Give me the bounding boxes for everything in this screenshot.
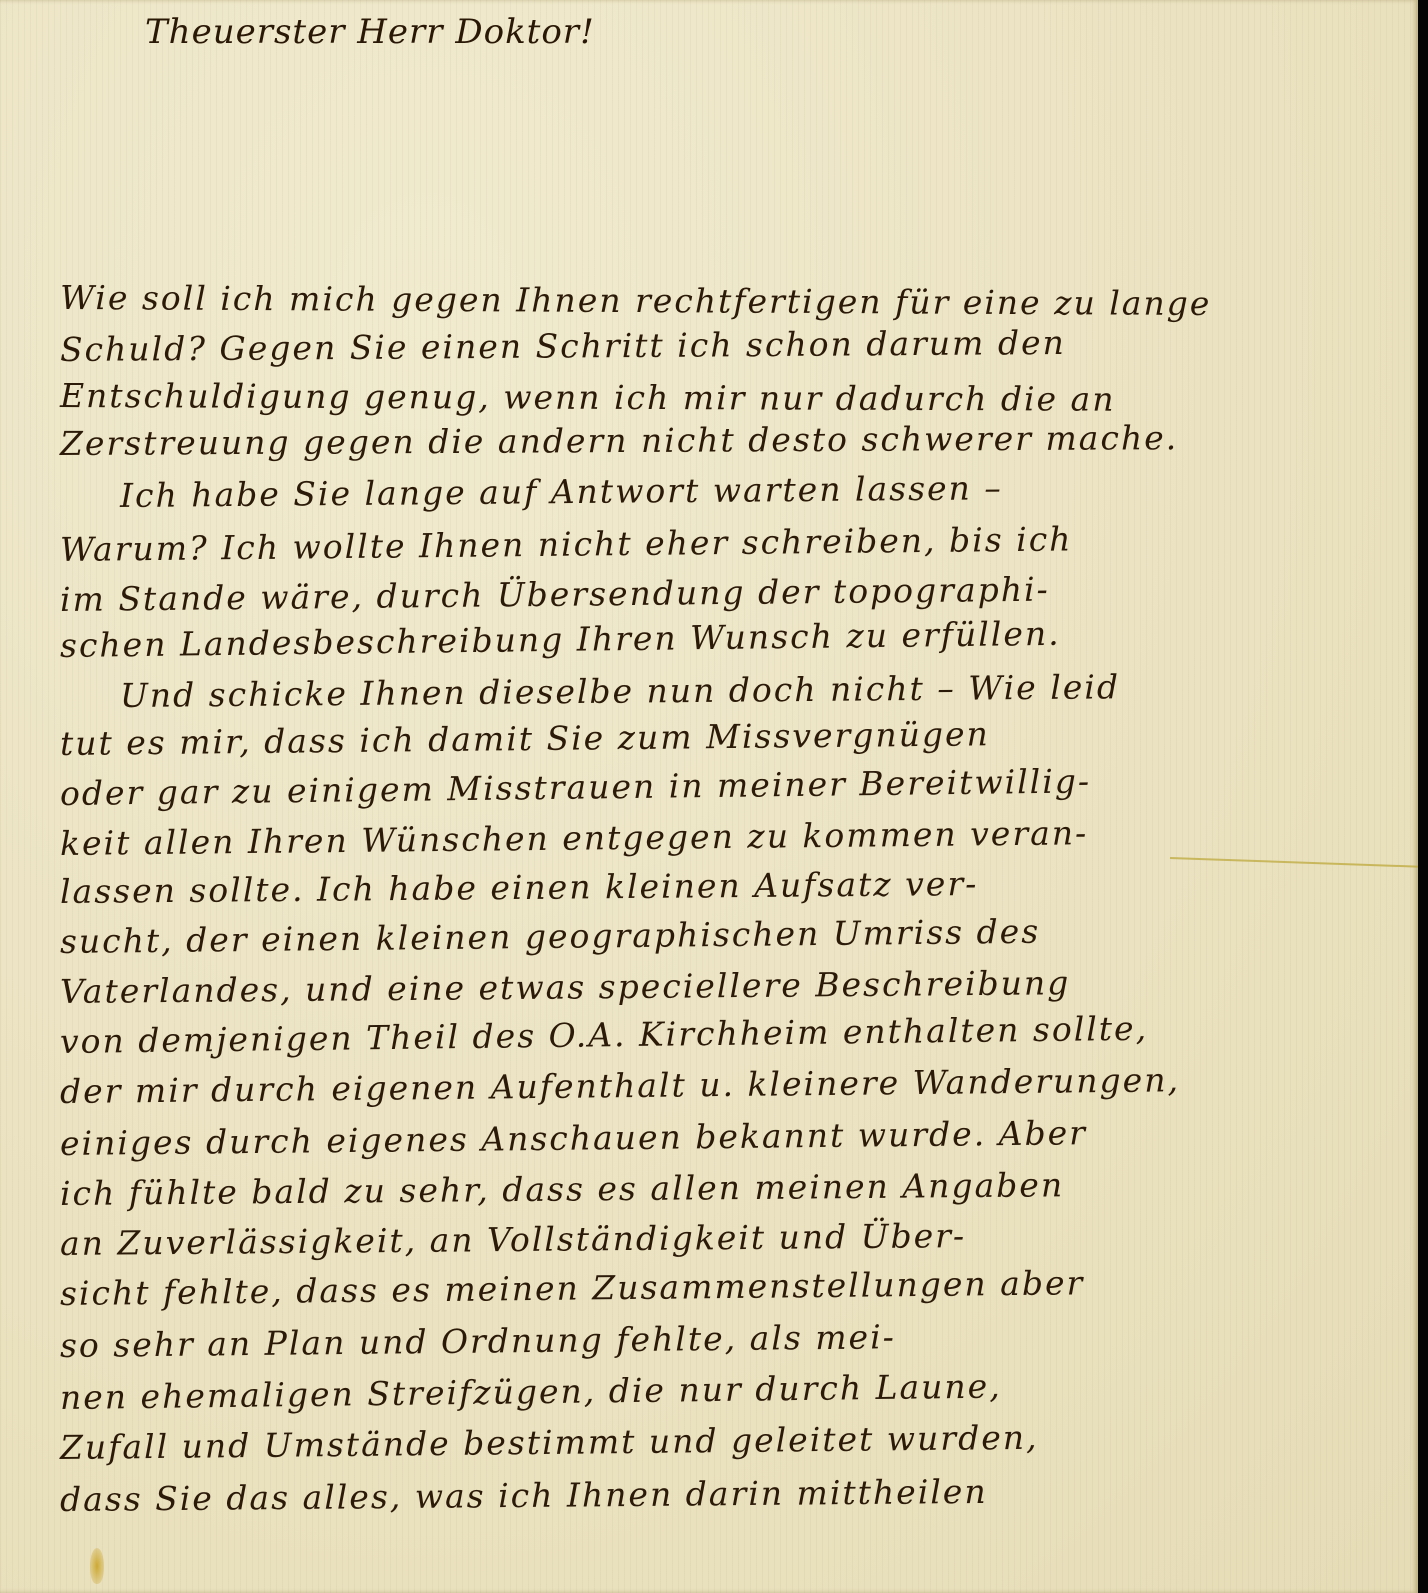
scan-border xyxy=(1418,0,1428,1593)
letter-line-10: tut es mir, dass ich damit Sie zum Missv… xyxy=(60,714,990,763)
letter-line-24: Zufall und Umstände bestimmt und geleite… xyxy=(60,1418,1039,1467)
letter-line-3: Entschuldigung genug, wenn ich mir nur d… xyxy=(60,376,1116,419)
letter-line-12: keit allen Ihren Wünschen entgegen zu ko… xyxy=(60,813,1089,863)
letter-line-2: Schuld? Gegen Sie einen Schritt ich scho… xyxy=(60,323,1066,369)
letter-line-9: Und schicke Ihnen dieselbe nun doch nich… xyxy=(120,667,1120,715)
letter-line-11: oder gar zu einigem Misstrauen in meiner… xyxy=(60,761,1092,813)
letter-line-5: Ich habe Sie lange auf Antwort warten la… xyxy=(120,468,1003,515)
letter-line-23: nen ehemaligen Streifzügen, die nur durc… xyxy=(60,1366,1002,1417)
letter-line-14: sucht, der einen kleinen geographischen … xyxy=(60,912,1041,961)
salutation: Theuerster Herr Doktor! xyxy=(145,12,595,52)
letter-line-21: sicht fehlte, dass es meinen Zusammenste… xyxy=(60,1263,1085,1313)
letter-line-1: Wie soll ich mich gegen Ihnen rechtferti… xyxy=(60,278,1212,323)
letter-line-16: von demjenigen Theil des O.A. Kirchheim … xyxy=(60,1009,1149,1061)
letter-line-22: so sehr an Plan und Ordnung fehlte, als … xyxy=(60,1317,896,1365)
letter-line-15: Vaterlandes, und eine etwas speciellere … xyxy=(60,963,1071,1011)
letter-line-7: im Stande wäre, durch Übersendung der to… xyxy=(60,570,1050,619)
letter-line-20: an Zuverlässigkeit, an Vollständigkeit u… xyxy=(60,1216,966,1263)
letter-line-13: lassen sollte. Ich habe einen kleinen Au… xyxy=(60,864,979,911)
paper-crease-mark xyxy=(1170,857,1420,868)
letter-line-19: ich fühlte bald zu sehr, dass es allen m… xyxy=(60,1165,1064,1213)
ink-stain xyxy=(90,1548,104,1584)
letter-line-25: dass Sie das alles, was ich Ihnen darin … xyxy=(60,1472,988,1519)
letter-line-6: Warum? Ich wollte Ihnen nicht eher schre… xyxy=(60,519,1073,569)
letter-line-18: einiges durch eigenes Anschauen bekannt … xyxy=(60,1113,1087,1163)
letter-line-4: Zerstreuung gegen die andern nicht desto… xyxy=(60,418,1178,463)
letter-page: Theuerster Herr Doktor! Wie soll ich mic… xyxy=(0,0,1418,1593)
letter-line-17: der mir durch eigenen Aufenthalt u. klei… xyxy=(60,1060,1180,1111)
letter-line-8: schen Landesbeschreibung Ihren Wunsch zu… xyxy=(60,614,1061,665)
